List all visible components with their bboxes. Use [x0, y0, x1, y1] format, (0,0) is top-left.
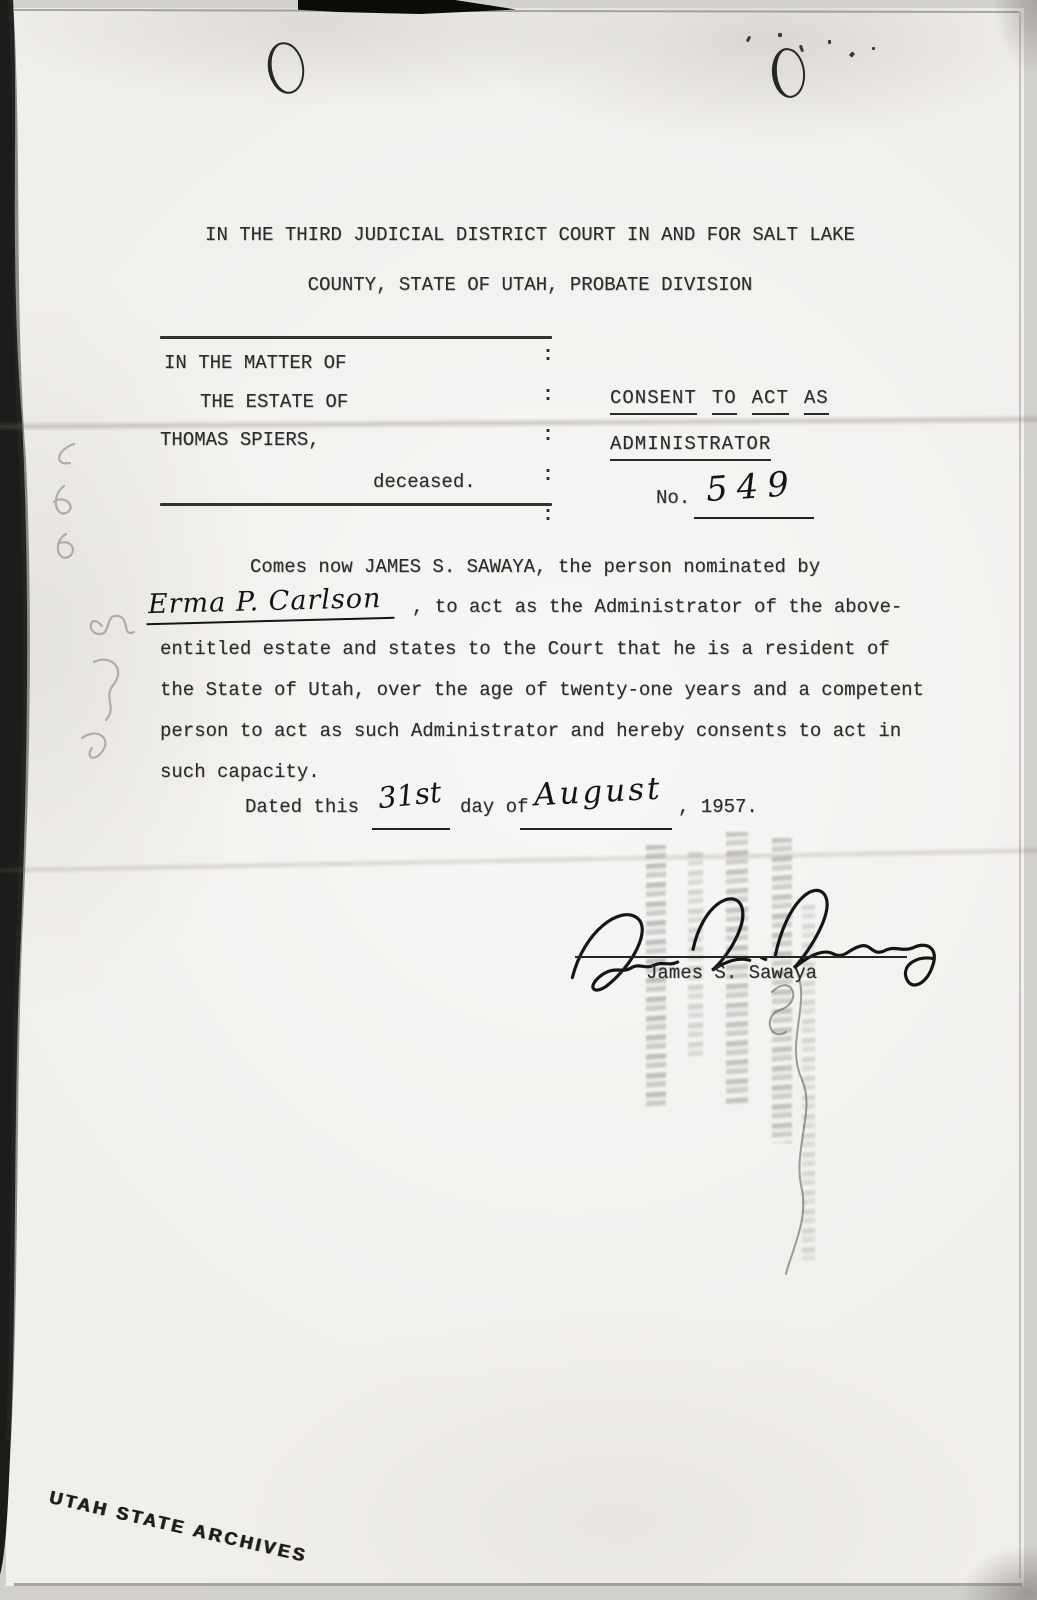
case-number-handwritten: 549: [705, 464, 799, 510]
caption-colon-column: :::::: [542, 344, 554, 527]
pleading-title-word: CONSENT: [610, 387, 697, 415]
pleading-title-line2: ADMINISTRATOR: [610, 433, 786, 461]
page-right-edge: [1019, 12, 1021, 1578]
signature-typed-name: James S. Sawaya: [646, 962, 817, 984]
caption-line2: THE ESTATE OF: [200, 391, 348, 413]
caption-colon: :: [542, 424, 554, 447]
pleading-title-line1: CONSENTTOACTAS: [610, 387, 844, 415]
pleading-title-word: AS: [804, 387, 829, 415]
caption-colon: :: [542, 464, 554, 487]
dated-middle: day of: [460, 796, 528, 818]
court-header-line1: IN THE THIRD JUDICIAL DISTRICT COURT IN …: [30, 224, 1030, 246]
nominator-name-handwritten: Erma P. Carlson: [146, 583, 394, 625]
caption-colon: :: [542, 344, 554, 367]
caption-line4: deceased.: [373, 471, 476, 493]
caption-colon: :: [542, 384, 554, 407]
court-header-line2: COUNTY, STATE OF UTAH, PROBATE DIVISION: [30, 274, 1030, 296]
signature-rule: [575, 956, 907, 958]
case-caption: IN THE MATTER OF THE ESTATE OF THOMAS SP…: [158, 330, 578, 520]
dated-month-handwritten: August: [533, 771, 663, 814]
signature-script: [565, 882, 945, 1012]
body-line2: , to act as the Administrator of the abo…: [412, 596, 902, 618]
pleading-title-word: TO: [712, 387, 737, 415]
caption-colon: :: [542, 504, 554, 527]
caption-line3: THOMAS SPIERS,: [160, 429, 320, 451]
top-right-scan-smudge: [995, 0, 1037, 70]
dated-day-handwritten: 31st: [376, 775, 443, 815]
dated-month-underline: [520, 828, 672, 830]
caption-bottom-rule: [160, 503, 552, 506]
body-line6: such capacity.: [160, 761, 320, 783]
body-line1: Comes now JAMES S. SAWAYA, the person no…: [250, 556, 820, 578]
bottom-right-scan-smudge: [960, 1545, 1037, 1600]
case-number-label: No.: [656, 487, 690, 509]
pleading-title-word: ACT: [752, 387, 789, 415]
body-line3: entitled estate and states to the Court …: [160, 638, 890, 660]
caption-line1: IN THE MATTER OF: [164, 352, 346, 374]
pleading-title-block: CONSENTTOACTAS ADMINISTRATOR No. 549: [598, 385, 928, 545]
body-line5: person to act as such Administrator and …: [160, 720, 901, 742]
body-line4: the State of Utah, over the age of twent…: [160, 679, 924, 701]
caption-top-rule: [160, 336, 552, 339]
case-number-underline: [694, 517, 814, 519]
dated-prefix: Dated this: [245, 796, 359, 818]
dated-day-underline: [372, 828, 450, 830]
scanned-document: IN THE THIRD JUDICIAL DISTRICT COURT IN …: [0, 0, 1037, 1600]
page-bottom-edge: [14, 1583, 1022, 1586]
dated-suffix: , 1957.: [678, 796, 758, 818]
